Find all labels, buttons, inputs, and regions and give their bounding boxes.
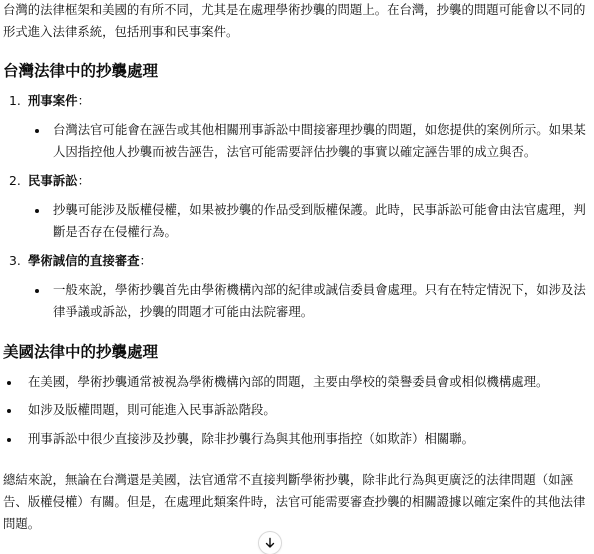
list-item-academic-integrity: 3. 學術誠信的直接審查： 一般來說，學術抄襲首先由學術機構內部的紀律或誠信委員… (3, 250, 591, 323)
taiwan-section-heading: 台灣法律中的抄襲處理 (3, 60, 591, 82)
list-item-title: 學術誠信的直接審查： (28, 250, 591, 272)
list-item-criminal-cases: 1. 刑事案件： 台灣法官可能會在誣告或其他相關刑事訴訟中間接審理抄襲的問題，如… (3, 90, 591, 163)
item-title-text: 民事訴訟 (28, 173, 78, 188)
item-title-colon: ： (78, 93, 90, 108)
item-title-text: 學術誠信的直接審查 (28, 253, 140, 268)
bullet-text: 台灣法官可能會在誣告或其他相關刑事訴訟中間接審理抄襲的問題，如您提供的案例所示。… (53, 122, 586, 159)
list-item-title: 民事訴訟： (28, 170, 591, 192)
bullet-dot-icon (35, 209, 39, 213)
us-bullet-list: 在美國，學術抄襲通常被視為學術機構內部的問題，主要由學校的榮譽委員會或相似機構處… (3, 371, 591, 450)
us-bullet-item: 在美國，學術抄襲通常被視為學術機構內部的問題，主要由學校的榮譽委員會或相似機構處… (3, 371, 591, 393)
bullet-text: 刑事訴訟中很少直接涉及抄襲，除非抄襲行為與其他刑事指控（如欺詐）相關聯。 (28, 431, 474, 446)
sub-bullet-item: 台灣法官可能會在誣告或其他相關刑事訴訟中間接審理抄襲的問題，如您提供的案例所示。… (28, 119, 591, 163)
scroll-to-bottom-button[interactable] (258, 531, 282, 554)
list-number: 3. (9, 250, 21, 272)
bullet-dot-icon (7, 438, 11, 442)
sub-bullet-list: 一般來說，學術抄襲首先由學術機構內部的紀律或誠信委員會處理。只有在特定情況下，如… (28, 279, 591, 323)
bullet-text: 在美國，學術抄襲通常被視為學術機構內部的問題，主要由學校的榮譽委員會或相似機構處… (28, 374, 548, 389)
sub-bullet-item: 一般來說，學術抄襲首先由學術機構內部的紀律或誠信委員會處理。只有在特定情況下，如… (28, 279, 591, 323)
bullet-dot-icon (35, 289, 39, 293)
list-number: 1. (9, 90, 21, 112)
bullet-dot-icon (35, 129, 39, 133)
list-item-civil-litigation: 2. 民事訴訟： 抄襲可能涉及版權侵權，如果被抄襲的作品受到版權保護。此時，民事… (3, 170, 591, 243)
bullet-text: 如涉及版權問題，則可能進入民事訴訟階段。 (28, 402, 276, 417)
chat-message-content: 台灣的法律框架和美國的有所不同，尤其是在處理學術抄襲的問題上。在台灣，抄襲的問題… (3, 0, 591, 535)
sub-bullet-list: 台灣法官可能會在誣告或其他相關刑事訴訟中間接審理抄襲的問題，如您提供的案例所示。… (28, 119, 591, 163)
item-title-text: 刑事案件 (28, 93, 78, 108)
bullet-dot-icon (7, 409, 11, 413)
summary-paragraph: 總結來說，無論在台灣還是美國，法官通常不直接判斷學術抄襲，除非此行為與更廣泛的法… (3, 469, 591, 536)
arrow-down-icon (264, 537, 276, 549)
sub-bullet-item: 抄襲可能涉及版權侵權，如果被抄襲的作品受到版權保護。此時，民事訴訟可能會由法官處… (28, 199, 591, 243)
us-section-heading: 美國法律中的抄襲處理 (3, 341, 591, 363)
bullet-text: 抄襲可能涉及版權侵權，如果被抄襲的作品受到版權保護。此時，民事訴訟可能會由法官處… (53, 202, 586, 239)
list-item-title: 刑事案件： (28, 90, 591, 112)
taiwan-ordered-list: 1. 刑事案件： 台灣法官可能會在誣告或其他相關刑事訴訟中間接審理抄襲的問題，如… (3, 90, 591, 323)
item-title-colon: ： (140, 253, 152, 268)
list-number: 2. (9, 170, 21, 192)
intro-paragraph: 台灣的法律框架和美國的有所不同，尤其是在處理學術抄襲的問題上。在台灣，抄襲的問題… (3, 0, 591, 44)
item-title-colon: ： (78, 173, 90, 188)
sub-bullet-list: 抄襲可能涉及版權侵權，如果被抄襲的作品受到版權保護。此時，民事訴訟可能會由法官處… (28, 199, 591, 243)
us-bullet-item: 如涉及版權問題，則可能進入民事訴訟階段。 (3, 399, 591, 421)
bullet-dot-icon (7, 381, 11, 385)
bullet-text: 一般來說，學術抄襲首先由學術機構內部的紀律或誠信委員會處理。只有在特定情況下，如… (53, 282, 586, 319)
us-bullet-item: 刑事訴訟中很少直接涉及抄襲，除非抄襲行為與其他刑事指控（如欺詐）相關聯。 (3, 428, 591, 450)
